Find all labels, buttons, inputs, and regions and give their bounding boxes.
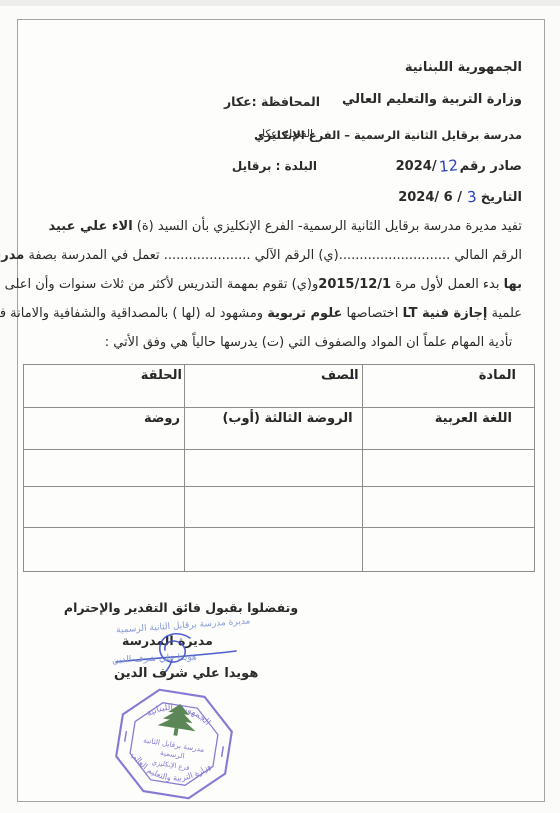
official-stamp: الجمهورية اللبنانية وزارة التربية والتعل… bbox=[101, 675, 246, 813]
teacher-name: الاء علي عبيد bbox=[48, 219, 132, 234]
cell-class: الروضة الثالثة (أوب) bbox=[185, 408, 363, 450]
issued-year: 2024/ bbox=[396, 159, 437, 174]
finance-no-label: الرقم المالي bbox=[454, 248, 522, 263]
degree-name: إجازة فنية LT bbox=[402, 306, 487, 321]
col-header-subject: المادة الصف bbox=[363, 365, 535, 408]
body-line-2: الرقم المالي ...........................… bbox=[40, 241, 522, 270]
empty-cell bbox=[185, 487, 363, 528]
subject-header-label: المادة bbox=[479, 368, 516, 383]
empty-cell bbox=[24, 528, 185, 572]
header-date-line: التاريخ 3 2024/ 6 / bbox=[398, 187, 522, 205]
table-empty-row bbox=[24, 487, 535, 528]
label-district: القضاء :عكار bbox=[257, 128, 313, 140]
body-paragraph: تفيد مديرة مدرسة برقايل الثانية الرسمية-… bbox=[40, 212, 522, 357]
start-date: 2015/12/1 bbox=[318, 270, 391, 299]
cycle-header-label: الحلقة bbox=[141, 368, 182, 383]
date-rest: 2024/ 6 / bbox=[398, 190, 462, 205]
body-line-3: بها بدء العمل لأول مرة 2015/12/1و(ي) تقو… bbox=[40, 270, 522, 299]
cell-subject: اللغة العربية bbox=[363, 408, 535, 450]
cell-cycle: روضة bbox=[24, 408, 185, 450]
finance-no-dots: ........................... bbox=[339, 248, 451, 263]
table-header-row: المادة الصف ـ الحلقة bbox=[24, 365, 535, 408]
empty-cell bbox=[185, 528, 363, 572]
specialty-name: علوم تربوية bbox=[267, 306, 342, 321]
closing-sentence: وتفضلوا بقبول فائق التقدير والإحترام bbox=[55, 600, 307, 615]
class-header-label: الصف bbox=[321, 368, 359, 383]
table-empty-row bbox=[24, 528, 535, 572]
table-row: اللغة العربية الروضة الثالثة (أوب) روضة bbox=[24, 408, 535, 450]
auto-no-label: (ي) الرقم الآلي bbox=[255, 248, 339, 263]
date-label: التاريخ bbox=[481, 190, 522, 205]
empty-cell bbox=[363, 487, 535, 528]
issued-number-handwritten: 12 bbox=[438, 156, 459, 176]
empty-cell bbox=[24, 450, 185, 487]
issued-label: صادر رقم bbox=[460, 159, 522, 174]
body-l1-text: تفيد مديرة مدرسة برقايل الثانية الرسمية-… bbox=[137, 219, 522, 234]
works-as-text: تعمل في المدرسة بصفة bbox=[28, 248, 159, 263]
empty-cell bbox=[363, 528, 535, 572]
empty-cell bbox=[185, 450, 363, 487]
stamp-graphic: الجمهورية اللبنانية وزارة التربية والتعل… bbox=[101, 675, 246, 813]
label-governorate: المحافظة :عكار bbox=[224, 94, 320, 109]
stamp-left-tick bbox=[125, 731, 127, 742]
start-work-text: بدء العمل لأول مرة bbox=[395, 277, 499, 292]
table-empty-row bbox=[24, 450, 535, 487]
body-line-5: تأدية المهام علماً ان المواد والصفوف الت… bbox=[40, 328, 522, 357]
praise-text: ومشهود له (لها ) بالمصداقية والشفافية وا… bbox=[0, 306, 263, 321]
label-town: البلدة : برقايل bbox=[232, 159, 317, 173]
header-republic: الجمهورية اللبنانية bbox=[405, 60, 522, 75]
teaching-years-text: و(ي) تقوم بمهمة التدريس لأكثر من ثلاث سن… bbox=[0, 277, 318, 292]
stamp-right-tick bbox=[222, 746, 224, 757]
scanned-document: الجمهورية اللبنانية وزارة التربية والتعل… bbox=[0, 0, 560, 813]
header-ministry: وزارة التربية والتعليم العالي bbox=[342, 92, 522, 107]
date-day-handwritten: 3 bbox=[466, 188, 477, 207]
body-line-4: علمية إجازة فنية LT اختصاصها علوم تربوية… bbox=[40, 299, 522, 328]
header-issued-line: صادر رقم122024/ bbox=[396, 156, 522, 174]
col-header-cycle: الحلقة bbox=[24, 365, 185, 408]
body-line-1: تفيد مديرة مدرسة برقايل الثانية الرسمية-… bbox=[40, 212, 522, 241]
biha-bold: بها bbox=[504, 277, 522, 292]
subjects-table: المادة الصف ـ الحلقة اللغة العربية الروض… bbox=[23, 364, 535, 572]
empty-cell bbox=[363, 450, 535, 487]
job-title: مدرسة مستعان bbox=[0, 248, 24, 263]
auto-no-dots: ..................... bbox=[164, 248, 251, 263]
scan-edge bbox=[0, 0, 560, 6]
empty-cell bbox=[24, 487, 185, 528]
degree-prefix: علمية bbox=[492, 306, 522, 321]
specialty-label: اختصاصها bbox=[347, 306, 399, 321]
